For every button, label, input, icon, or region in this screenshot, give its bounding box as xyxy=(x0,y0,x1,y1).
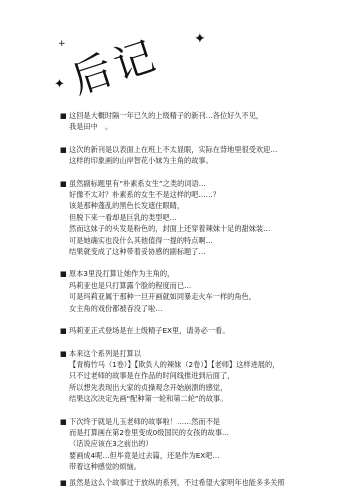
text-line: 玛莉亚正式登场是在上级精子EX里，请务必一看。 xyxy=(69,325,355,336)
text-line: 而是打算画在第2卷里变成0级国民的女孩的故事… xyxy=(69,427,355,438)
paragraph: ■ 这回是大概时隔一年已久的上级精子的新刊…各位好久不见， 我是田中 。 xyxy=(60,110,355,133)
text-line: 这样的印象画的山岸智花小妹为主角的故事。 xyxy=(69,155,355,166)
text-line: 虽然是这么个故事过于放纵的系列，不过希望大家明年也能多多关照 xyxy=(69,477,355,488)
bullet-icon: ■ xyxy=(60,178,67,189)
bullet-icon: ■ xyxy=(60,325,67,336)
text-line: 【青梅竹马（1卷）】【欺负人的辣妹（2卷）】【老师】这样进展的， xyxy=(69,359,355,370)
paragraph: ■ 虽然是这么个故事过于放纵的系列，不过希望大家明年也能多多关照 xyxy=(60,477,355,488)
text-line: 玛莉亚也是只打算露个脸的程度而已… xyxy=(69,280,355,291)
text-line: 这次的新刊是以表面上在班上不太显眼，实际在背地里很受欢迎… xyxy=(69,144,355,155)
paragraph: ■ 本来这个系列是打算以 【青梅竹马（1卷）】【欺负人的辣妹（2卷）】【老师】这… xyxy=(60,348,355,405)
text-line: 所以想先表现出大家的贞操观念开始崩溃的感觉， xyxy=(69,382,355,393)
text-line: 可是玛莉亚属于那种一旦开画就如同暴走火车一样的角色， xyxy=(69,291,355,302)
afterword-body: ■ 这回是大概时隔一年已久的上级精子的新刊…各位好久不见， 我是田中 。 ■ 这… xyxy=(60,110,355,499)
paragraph: ■ 原本3里没打算让她作为主角的， 玛莉亚也是只打算露个脸的程度而已… 可是玛莉… xyxy=(60,268,355,314)
paragraph: ■ 这次的新刊是以表面上在班上不太显眼，实际在背地里很受欢迎… 这样的印象画的山… xyxy=(60,144,355,167)
text-line: 结果就变成了这种带着妥协感的副标题了… xyxy=(69,246,355,257)
bullet-icon: ■ xyxy=(60,416,67,427)
text-line: 虽然副标题里有“朴素系女生”之类的词语… xyxy=(69,178,355,189)
text-line: 好像不太对？朴素系的女生不是这样的吧……？ xyxy=(69,189,355,200)
text-line: 原本3里没打算让她作为主角的， xyxy=(69,268,355,279)
text-line: 该是那种蓬乱的黑色长发遮住眼睛， xyxy=(69,200,355,211)
text-line: 结果这次决定先画“配种第一轮和第二轮”的故事。 xyxy=(69,393,355,404)
text-line: 然而这妹子的头发是粉色的，封面上还穿着辣妹十足的甜妹装… xyxy=(69,223,355,234)
bullet-icon: ■ xyxy=(60,268,67,279)
page-title: 后记 xyxy=(63,24,164,105)
text-line: 可是她确实也没什么其他值得一提的特点啊… xyxy=(69,235,355,246)
sparkle-icon: + xyxy=(58,40,66,49)
text-line: （话说应该在3之前出的） xyxy=(69,438,355,449)
text-line: 要画成4呢…但毕竟是过去篇，还是作为EX吧… xyxy=(69,450,355,461)
text-line: 但脱下来一看却是巨乳的类型吧… xyxy=(69,212,355,223)
title-area: + ✦ ✦ 后记 xyxy=(50,14,250,104)
bullet-icon: ■ xyxy=(60,144,67,155)
sparkle-icon: ✦ xyxy=(194,32,206,46)
text-line: 这回是大概时隔一年已久的上级精子的新刊…各位好久不见， xyxy=(69,110,355,121)
text-line: 下次终于就是儿玉老师的故事啦！……然而不是 xyxy=(69,416,355,427)
bullet-icon: ■ xyxy=(60,477,67,488)
bullet-icon: ■ xyxy=(60,348,67,359)
sparkle-icon: ✦ xyxy=(54,78,65,91)
paragraph: ■ 虽然副标题里有“朴素系女生”之类的词语… 好像不太对？朴素系的女生不是这样的… xyxy=(60,178,355,258)
text-line: 只不过老师的故事是在作品的时间线推进到后面了， xyxy=(69,370,355,381)
paragraph: ■ 下次终于就是儿玉老师的故事啦！……然而不是 而是打算画在第2卷里变成0级国民… xyxy=(60,416,355,473)
bullet-icon: ■ xyxy=(60,110,67,121)
text-line: 女主角的戏份都被吞没了啦… xyxy=(69,303,355,314)
text-line: 我是田中 。 xyxy=(69,121,355,132)
text-line: 带着这种感觉的烦恼。 xyxy=(69,461,355,472)
text-line: 本来这个系列是打算以 xyxy=(69,348,355,359)
paragraph: ■ 玛莉亚正式登场是在上级精子EX里，请务必一看。 xyxy=(60,325,355,336)
